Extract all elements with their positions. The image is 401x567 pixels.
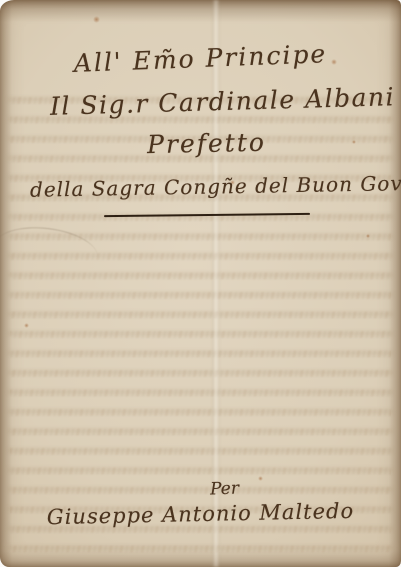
manuscript-page: All' Em̃o Principe Il Sig.r Cardinale Al… xyxy=(0,0,401,567)
foxing-spot xyxy=(24,323,29,328)
title-line-congregation: della Sagra Congñe del Buon Governo xyxy=(30,170,401,201)
title-line-prefetto: Prefetto xyxy=(0,125,401,162)
manuscript-photo: All' Em̃o Principe Il Sig.r Cardinale Al… xyxy=(0,0,401,567)
paper-scratch xyxy=(0,222,100,281)
title-underline-rule xyxy=(104,213,310,217)
title-line-dedication: All' Em̃o Principe xyxy=(0,36,401,80)
foxing-spot xyxy=(366,234,370,238)
foxing-spot xyxy=(93,16,100,23)
title-line-cardinal-name: Il Sig.r Cardinale Albani xyxy=(50,82,396,121)
